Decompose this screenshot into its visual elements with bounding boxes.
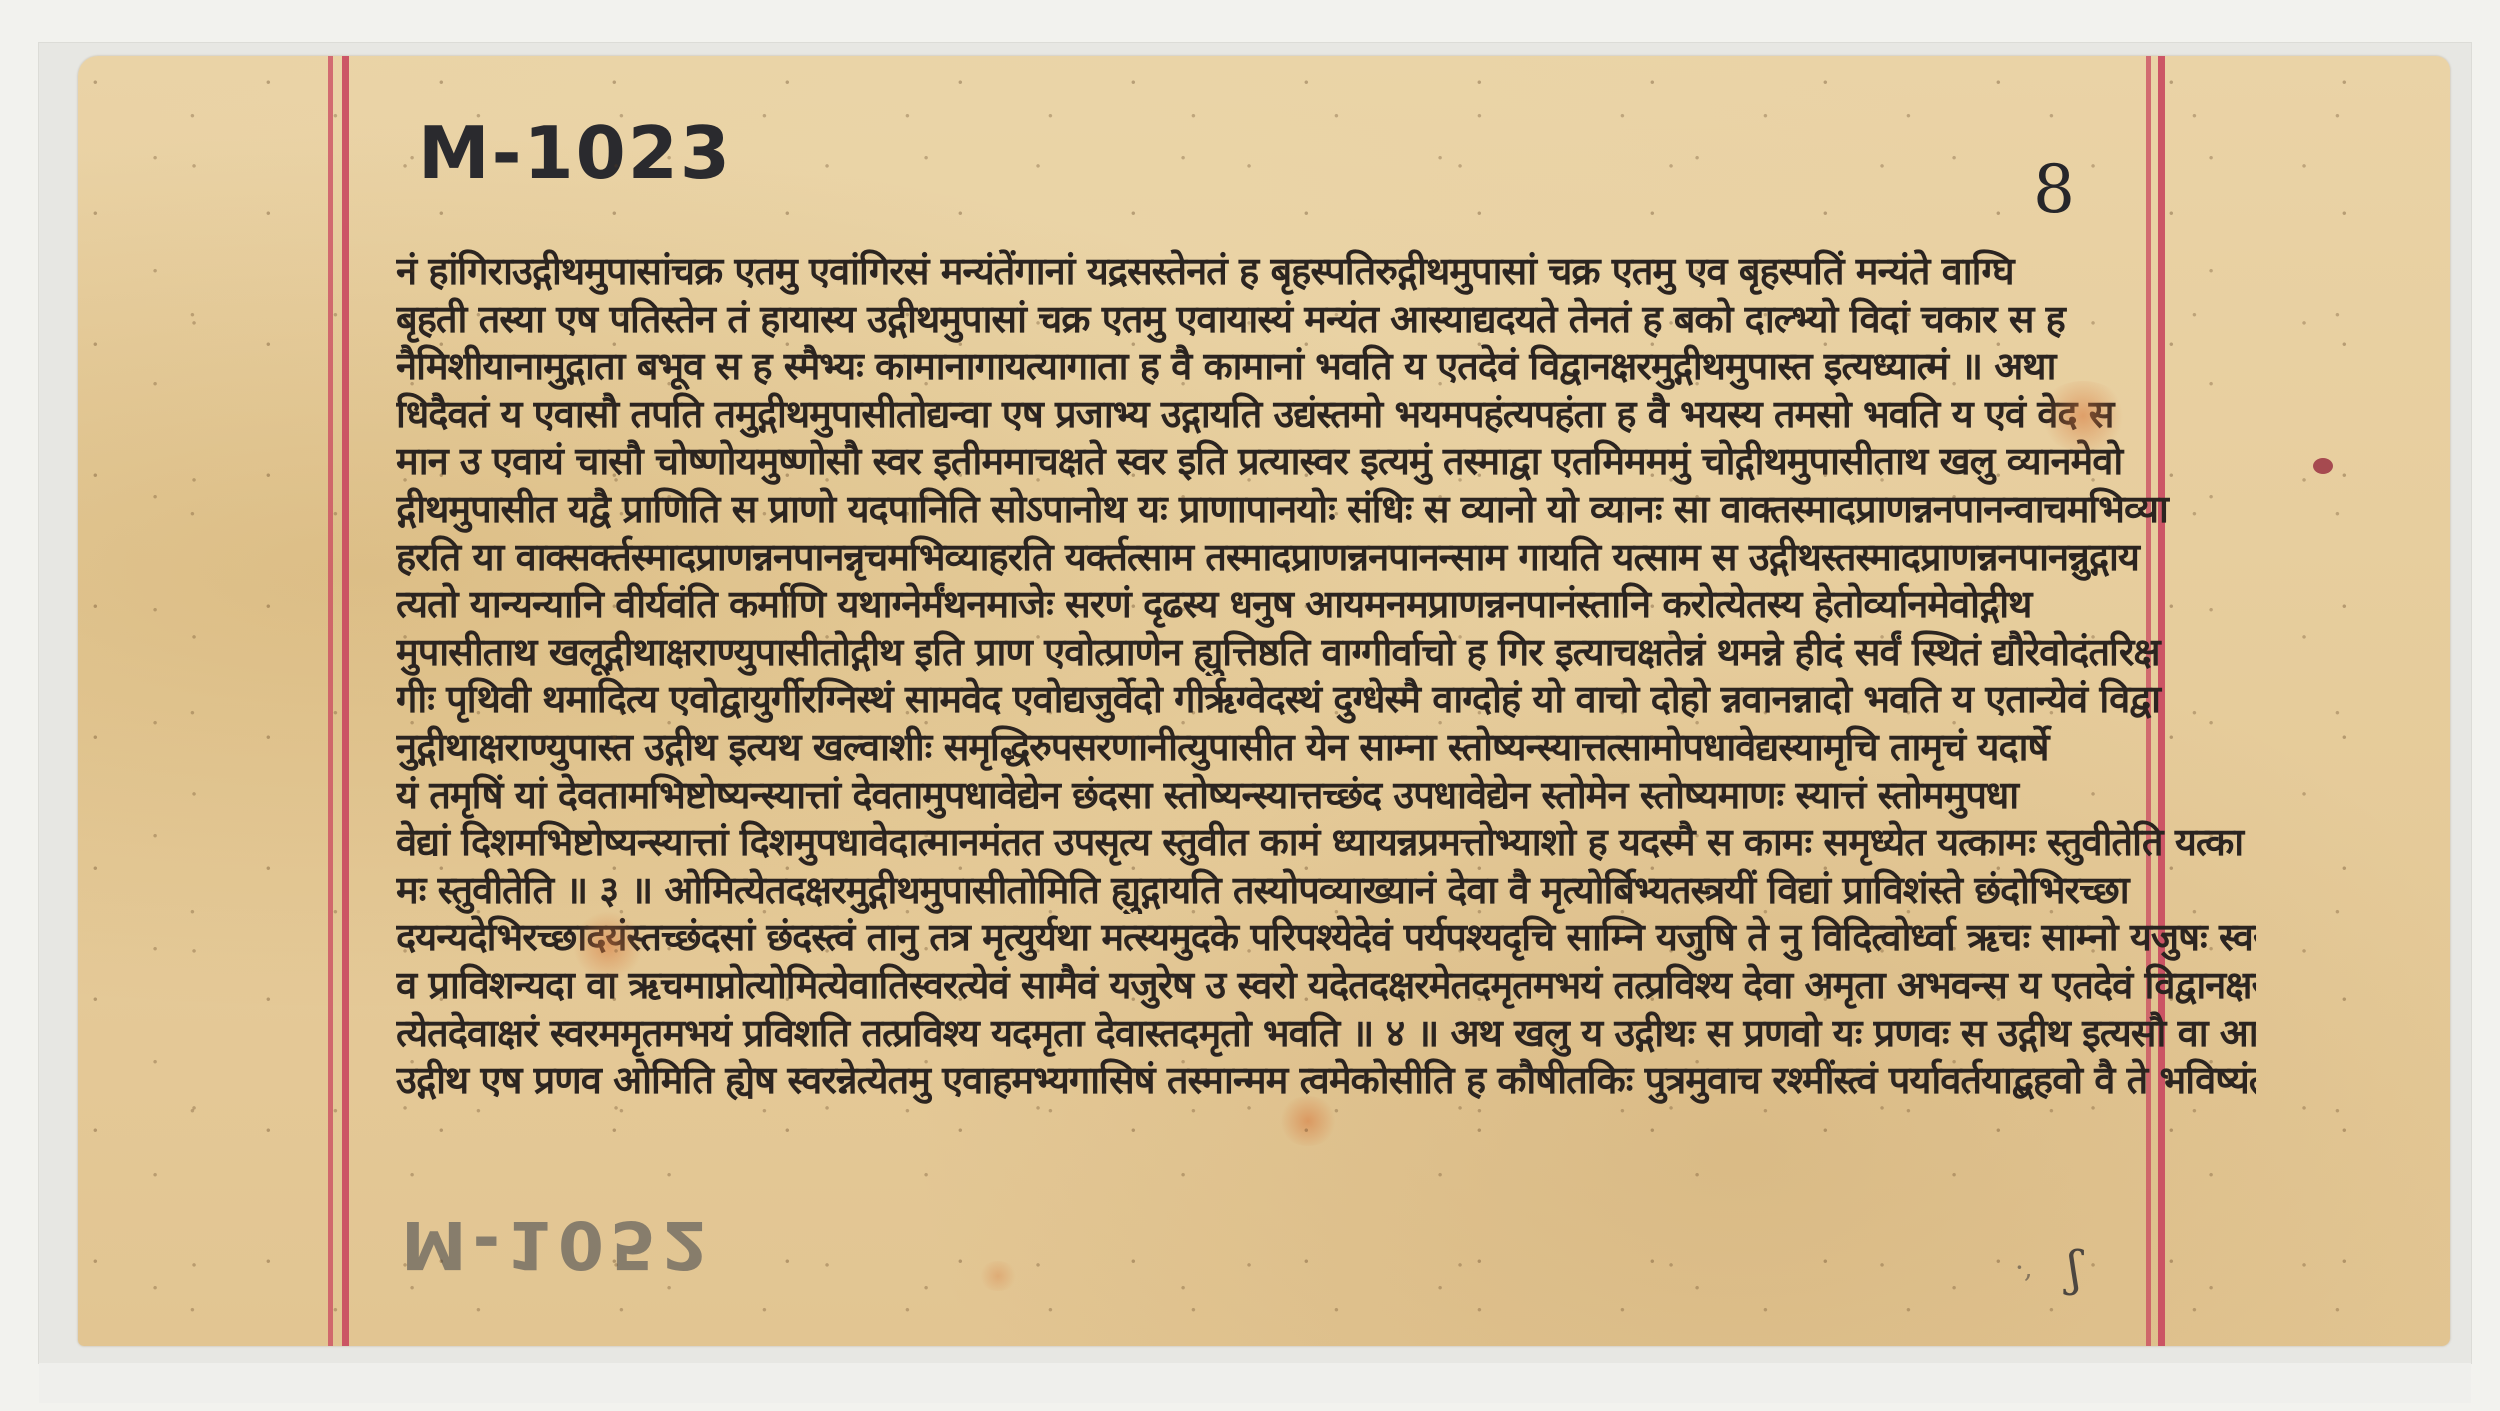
margin-ink-mark: ʃ [2068,1241,2081,1297]
orange-stain [2038,381,2128,451]
left-margin-rule-outer [328,56,333,1346]
text-line: व प्राविशन्यदा वा ऋचमाप्नोत्योमित्येवाति… [396,962,2256,1010]
text-line: मः स्तुवीतेति ॥ ३ ॥ ओमित्येतदक्षरमुद्गीथ… [396,867,2256,915]
text-line: यं तमृषिं यां देवतामभिष्टोष्यन्स्यात्तां… [396,772,2256,820]
orange-stain [978,1261,1018,1291]
text-line: त्येतदेवाक्षरं स्वरममृतमभयं प्रविशति तत्… [396,1010,2256,1058]
text-line: धिदैवतं य एवासौ तपति तमुद्गीथमुपासीतोद्य… [396,391,2256,439]
red-ink-mark [2313,458,2333,474]
text-line: मुपासीताथ खलूद्गीथाक्षराण्युपासीतोद्गीथ … [396,629,2256,677]
catalog-number: M-1023 [418,111,732,195]
text-line: दयन्यदेभिरच्छादयंस्तच्छंदसां छंदस्त्वं त… [396,914,2256,962]
left-margin-rule-inner [342,56,349,1346]
margin-ink-mark: ·, [2015,1251,2033,1284]
text-line: वेद्यां दिशमभिष्टोष्यन्स्यात्तां दिशमुपध… [396,819,2256,867]
text-line: गीः पृथिवी थमादित्य एवोद्वायुर्गीरग्निस्… [396,676,2256,724]
text-line: नं हांगिराउद्गीथमुपासांचक्र एतमु एवांगिर… [396,248,2256,296]
text-line: नुद्गीथाक्षराण्युपास्त उद्गीथ इत्यथ खल्व… [396,724,2256,772]
text-line: नैमिशीयानामुद्गाता बभूव स ह स्मैभ्यः काम… [396,343,2256,391]
mount-bottom-strip [39,1363,2471,1403]
text-line: उद्गीथ एष प्रणव ओमिति ह्येष स्वरन्नेत्ये… [396,1057,2256,1105]
text-line: द्गीथमुपासीत यद्वै प्राणिति स प्राणो यदप… [396,486,2256,534]
manuscript-text-block: नं हांगिराउद्गीथमुपासांचक्र एतमु एवांगिर… [396,248,2256,1105]
folio-number: 8 [2033,151,2075,228]
faded-catalog-stamp: M-1052 [401,1206,714,1283]
orange-stain [573,911,643,981]
text-line: बृहती तस्या एष पतिस्तेन तं हायास्य उद्गी… [396,296,2256,344]
manuscript-leaf: M-1023 8 नं हांगिराउद्गीथमुपासांचक्र एतम… [78,56,2450,1346]
text-line: त्यतो यान्यन्यानि वीर्यवंति कर्माणि यथाग… [396,581,2256,629]
text-line: हरति या वाक्सर्क्तस्मादप्राणन्ननपानन्नृच… [396,534,2256,582]
orange-stain [1278,1096,1338,1146]
text-line: मान उ एवायं चासौ चोष्णोयमुष्णोसौ स्वर इत… [396,438,2256,486]
